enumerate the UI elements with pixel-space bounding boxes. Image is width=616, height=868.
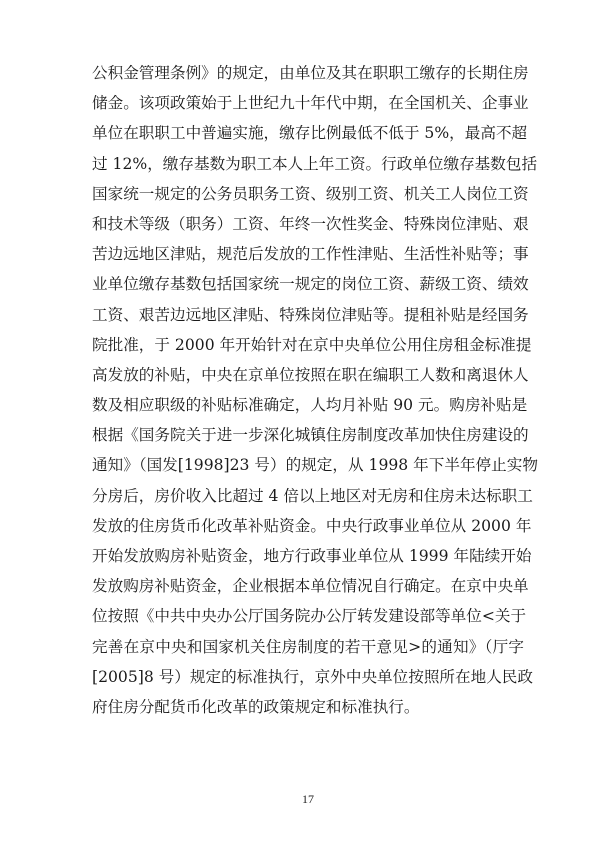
- text-line: 苦边远地区津贴，规范后发放的工作性津贴、生活性补贴等；事: [92, 239, 524, 269]
- text-line: 高发放的补贴，中央在京单位按照在职在编职工人数和离退休人: [92, 360, 524, 390]
- text-line: 单位在职职工中普遍实施，缴存比例最低不低于 5%，最高不超: [92, 118, 524, 148]
- text-line: 院批准，于 2000 年开始针对在京中央单位公用住房租金标准提: [92, 330, 524, 360]
- text-line: 通知》（国发[1998]23 号）的规定，从 1998 年下半年停止实物: [92, 450, 524, 480]
- text-line: 位按照《中共中央办公厅国务院办公厅转发建设部等单位<关于: [92, 601, 524, 631]
- text-line: 发放购房补贴资金，企业根据本单位情况自行确定。在京中央单: [92, 571, 524, 601]
- text-line: 分房后，房价收入比超过 4 倍以上地区对无房和住房未达标职工: [92, 481, 524, 511]
- text-line: 业单位缴存基数包括国家统一规定的岗位工资、薪级工资、绩效: [92, 269, 524, 299]
- text-line: 公积金管理条例》的规定，由单位及其在职职工缴存的长期住房: [92, 58, 524, 88]
- text-line: 完善在京中央和国家机关住房制度的若干意见>的通知》（厅字: [92, 632, 524, 662]
- text-line: 府住房分配货币化改革的政策规定和标准执行。: [92, 692, 524, 722]
- text-line: [2005]8 号）规定的标准执行，京外中央单位按照所在地人民政: [92, 662, 524, 692]
- text-line: 储金。该项政策始于上世纪九十年代中期，在全国机关、企事业: [92, 88, 524, 118]
- body-paragraph: 公积金管理条例》的规定，由单位及其在职职工缴存的长期住房 储金。该项政策始于上世…: [92, 58, 524, 722]
- text-line: 发放的住房货币化改革补贴资金。中央行政事业单位从 2000 年: [92, 511, 524, 541]
- text-line: 工资、艰苦边远地区津贴、特殊岗位津贴等。提租补贴是经国务: [92, 300, 524, 330]
- text-line: 根据《国务院关于进一步深化城镇住房制度改革加快住房建设的: [92, 420, 524, 450]
- page-number: 17: [0, 792, 616, 807]
- text-line: 过 12%，缴存基数为职工本人上年工资。行政单位缴存基数包括: [92, 149, 524, 179]
- text-line: 开始发放购房补贴资金，地方行政事业单位从 1999 年陆续开始: [92, 541, 524, 571]
- text-line: 和技术等级（职务）工资、年终一次性奖金、特殊岗位津贴、艰: [92, 209, 524, 239]
- text-line: 国家统一规定的公务员职务工资、级别工资、机关工人岗位工资: [92, 179, 524, 209]
- text-line: 数及相应职级的补贴标准确定，人均月补贴 90 元。购房补贴是: [92, 390, 524, 420]
- document-page: 公积金管理条例》的规定，由单位及其在职职工缴存的长期住房 储金。该项政策始于上世…: [0, 0, 616, 868]
